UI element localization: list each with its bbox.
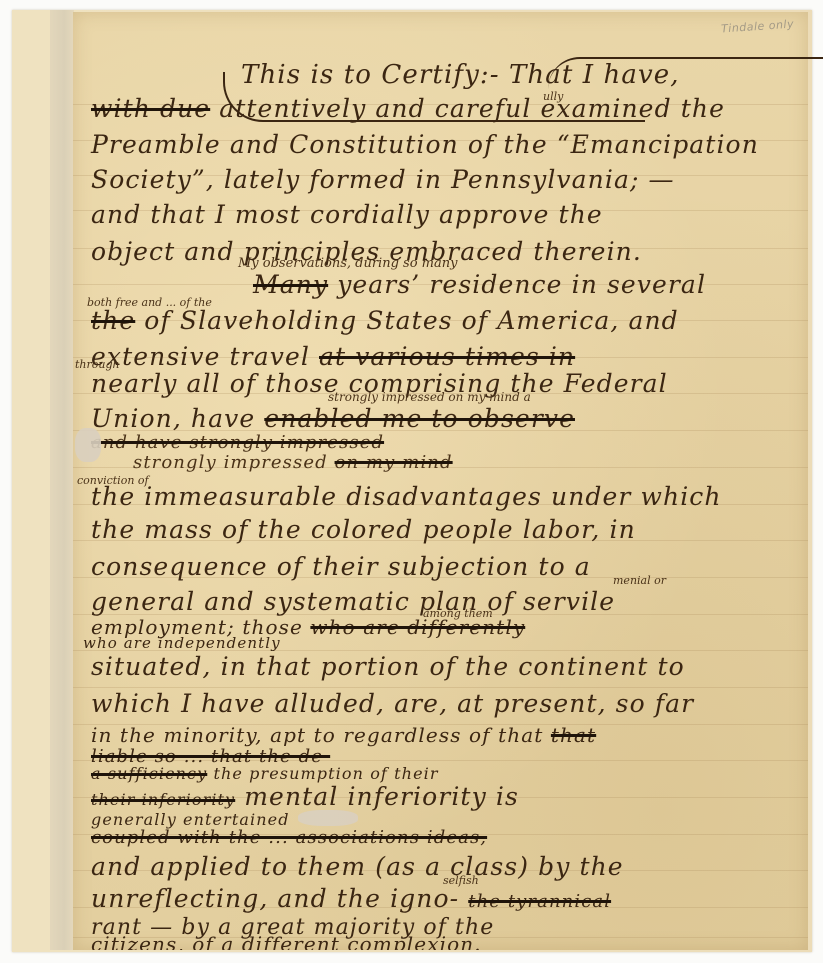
manuscript-line: in the minority, apt to regardless of th… <box>91 723 596 747</box>
manuscript-line: Many years’ residence in several <box>253 270 706 299</box>
manuscript-line: unreflecting, and the igno- the tyrannic… <box>91 884 611 913</box>
paper-hinge-strip <box>50 10 74 950</box>
struck-text: the <box>91 306 135 335</box>
manuscript-line: and that I most cordially approve the <box>91 200 603 229</box>
struck-text: at various times in <box>319 342 575 371</box>
line-text: rant — by a great majority of the <box>91 915 494 940</box>
manuscript-line: and have strongly impressed <box>91 432 384 453</box>
struck-text: the tyrannical <box>468 891 611 912</box>
line-text: years’ residence in several <box>337 270 706 299</box>
manuscript-line: extensive travel at various times in <box>91 342 575 371</box>
manuscript-line: a sufficiency the presumption of their <box>91 764 439 783</box>
line-text: mental inferiority is <box>244 782 519 811</box>
heading-text: This is to Certify:- That I have, <box>241 60 680 90</box>
manuscript-line-heading: This is to Certify:- That I have, <box>241 60 680 90</box>
struck-text: Many <box>253 270 328 299</box>
interlinear-insertion: strongly impressed on my mind a <box>328 390 531 404</box>
struck-text: on my mind <box>335 452 453 473</box>
manuscript-line: Union, have enabled me to observe <box>91 404 575 433</box>
manuscript-line: Preamble and Constitution of the “Emanci… <box>91 130 759 159</box>
manuscript-line: consequence of their subjection to a <box>91 552 591 581</box>
struck-text: with due <box>91 94 210 123</box>
manuscript-line: the of Slaveholding States of America, a… <box>91 306 679 335</box>
manuscript-line: coupled with the ... associations ideas, <box>91 827 487 848</box>
line-text: unreflecting, and the igno- <box>91 884 459 913</box>
line-text: the presumption of their <box>213 764 438 783</box>
manuscript-line: general and systematic plan of servile <box>91 587 615 616</box>
manuscript-line: the immeasurable disadvantages under whi… <box>91 482 722 511</box>
manuscript-line: situated, in that portion of the contine… <box>91 652 685 681</box>
line-text: extensive travel <box>91 342 310 371</box>
line-text: of Slaveholding States of America, and <box>144 306 678 335</box>
interlinear-insertion: My observations, during so many <box>238 256 457 271</box>
interlinear-insertion: menial or <box>613 574 666 587</box>
manuscript-page: Tindale only This is to Certify:- That I… <box>73 12 808 950</box>
manuscript-line: strongly impressed on my mind <box>133 452 453 473</box>
paper-damage <box>75 428 101 462</box>
struck-text: coupled with the ... associations ideas, <box>91 827 487 848</box>
struck-text: and have strongly impressed <box>91 432 384 453</box>
struck-text: a sufficiency <box>91 764 207 783</box>
manuscript-line: with due attentively and careful examine… <box>91 94 725 123</box>
line-text: in the minority, apt to regardless of th… <box>91 723 543 747</box>
manuscript-line: their inferiority mental inferiority is <box>91 782 519 811</box>
ruled-line <box>73 687 808 688</box>
line-text: Union, have <box>91 404 255 433</box>
line-text: strongly impressed <box>133 452 328 473</box>
manuscript-line: which I have alluded, are, at present, s… <box>91 689 694 718</box>
struck-text: enabled me to observe <box>264 404 575 433</box>
manuscript-line: Society”, lately formed in Pennsylvania;… <box>91 165 675 194</box>
manuscript-line: and applied to them (as a class) by the <box>91 852 624 881</box>
manuscript-line: who are independently <box>83 634 281 652</box>
struck-text: that <box>551 723 596 747</box>
struck-text: who are differently <box>310 615 525 639</box>
paper-damage <box>298 810 358 826</box>
manuscript-line: the mass of the colored people labor, in <box>91 515 636 544</box>
struck-text: their inferiority <box>91 790 235 809</box>
archival-pencil-note: Tindale only <box>721 17 795 35</box>
line-text: attentively and careful examined the <box>219 94 725 123</box>
manuscript-line: rant — by a great majority of the <box>91 915 494 940</box>
